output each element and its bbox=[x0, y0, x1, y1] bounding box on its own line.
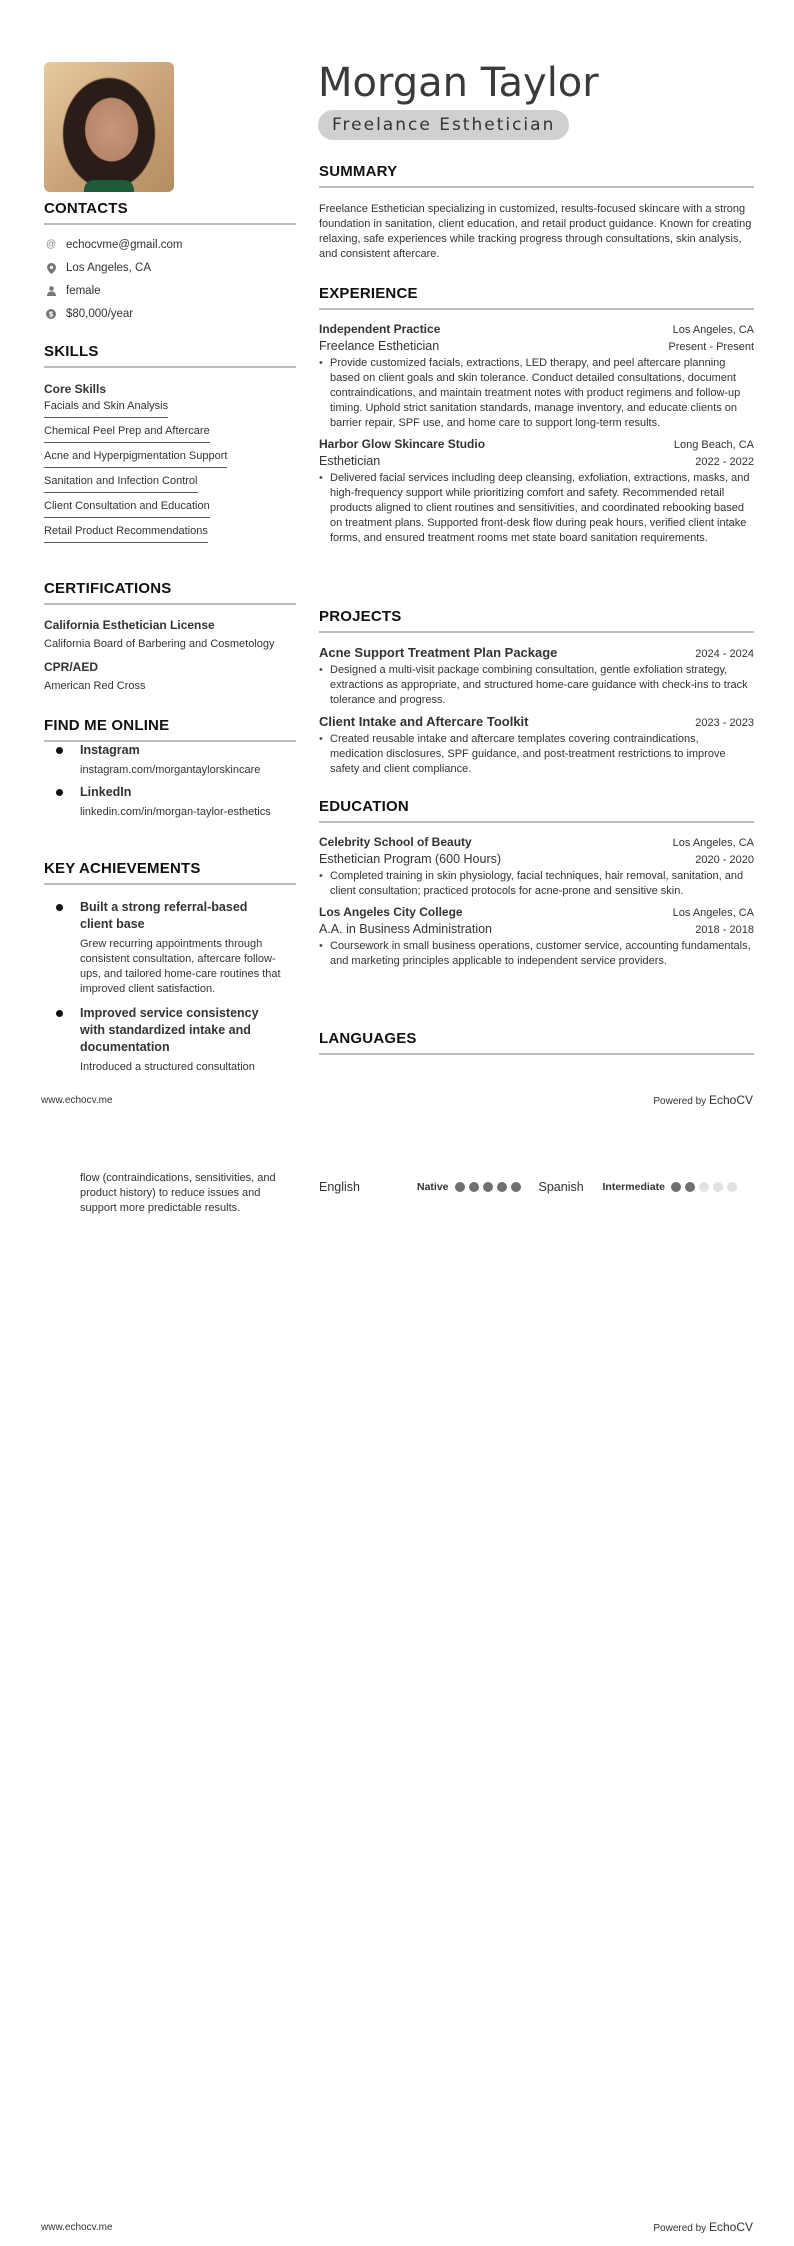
language-rating bbox=[671, 1182, 741, 1192]
achievement-description-continued: flow (contraindications, sensitivities, … bbox=[80, 1171, 300, 1216]
language-name: Spanish bbox=[539, 1180, 603, 1194]
language-level: Intermediate bbox=[603, 1181, 665, 1193]
language-rating bbox=[455, 1182, 525, 1192]
section-title: KEY ACHIEVEMENTS bbox=[44, 860, 296, 877]
section-title: CONTACTS bbox=[44, 200, 296, 217]
job-description: Delivered facial services including deep… bbox=[319, 471, 754, 546]
section-divider bbox=[319, 308, 754, 310]
at-icon: @ bbox=[46, 240, 56, 250]
profile-photo bbox=[44, 62, 174, 192]
projects-section: PROJECTS Acne Support Treatment Plan Pac… bbox=[319, 608, 754, 777]
achievement-item: Improved service consistency with standa… bbox=[44, 1005, 296, 1075]
project-title: Client Intake and Aftercare Toolkit bbox=[319, 714, 529, 729]
rating-dot-empty-icon bbox=[713, 1182, 723, 1192]
certification-name: California Esthetician License bbox=[44, 618, 296, 632]
certifications-section: CERTIFICATIONS California Esthetician Li… bbox=[44, 580, 296, 692]
profile-link-linkedin[interactable]: LinkedIn linkedin.com/in/morgan-taylor-e… bbox=[44, 784, 296, 820]
skill-item: Retail Product Recommendations bbox=[44, 522, 208, 543]
employer-location: Long Beach, CA bbox=[674, 439, 754, 451]
profile-link-instagram[interactable]: Instagram instagram.com/morgantaylorskin… bbox=[44, 742, 296, 778]
certification-name: CPR/AED bbox=[44, 660, 296, 674]
contact-salary: $ $80,000/year bbox=[44, 302, 296, 325]
section-divider bbox=[319, 631, 754, 633]
project-dates: 2024 - 2024 bbox=[695, 648, 754, 660]
education-description: Coursework in small business operations,… bbox=[319, 939, 754, 969]
bullet-icon bbox=[56, 904, 63, 911]
skill-item: Acne and Hyperpigmentation Support bbox=[44, 447, 227, 468]
section-divider bbox=[44, 883, 296, 885]
degree: Esthetician Program (600 Hours) bbox=[319, 852, 501, 866]
footer-powered-by[interactable]: Powered by EchoCV bbox=[653, 1093, 753, 1107]
rating-dot-filled-icon bbox=[511, 1182, 521, 1192]
education-section: EDUCATION Celebrity School of Beauty Los… bbox=[319, 798, 754, 969]
brand-name: EchoCV bbox=[709, 1093, 753, 1107]
project-dates: 2023 - 2023 bbox=[695, 717, 754, 729]
skill-item: Facials and Skin Analysis bbox=[44, 397, 168, 418]
education-dates: 2018 - 2018 bbox=[695, 924, 754, 936]
experience-section: EXPERIENCE Independent Practice Los Ange… bbox=[319, 285, 754, 546]
section-divider bbox=[319, 186, 754, 188]
skills-section: SKILLS Core Skills Facials and Skin Anal… bbox=[44, 343, 296, 546]
employer-name: Harbor Glow Skincare Studio bbox=[319, 437, 485, 451]
school-location: Los Angeles, CA bbox=[673, 837, 754, 849]
section-divider bbox=[319, 1053, 754, 1055]
degree: A.A. in Business Administration bbox=[319, 922, 492, 936]
rating-dot-empty-icon bbox=[699, 1182, 709, 1192]
section-title: CERTIFICATIONS bbox=[44, 580, 296, 597]
job-role: Esthetician bbox=[319, 454, 380, 468]
summary-section: SUMMARY Freelance Esthetician specializi… bbox=[319, 163, 754, 262]
contact-email[interactable]: @ echocvme@gmail.com bbox=[44, 233, 296, 256]
location-pin-icon bbox=[46, 263, 56, 273]
brand-name: EchoCV bbox=[709, 2220, 753, 2234]
rating-dot-filled-icon bbox=[455, 1182, 465, 1192]
skill-item: Sanitation and Infection Control bbox=[44, 472, 198, 493]
education-dates: 2020 - 2020 bbox=[695, 854, 754, 866]
rating-dot-filled-icon bbox=[671, 1182, 681, 1192]
rating-dot-filled-icon bbox=[483, 1182, 493, 1192]
skill-item: Client Consultation and Education bbox=[44, 497, 210, 518]
bullet-icon bbox=[56, 789, 63, 796]
section-title: SKILLS bbox=[44, 343, 296, 360]
rating-dot-filled-icon bbox=[685, 1182, 695, 1192]
person-icon bbox=[46, 286, 56, 296]
footer-powered-by[interactable]: Powered by EchoCV bbox=[653, 2220, 753, 2234]
education-description: Completed training in skin physiology, f… bbox=[319, 869, 754, 899]
section-title: EXPERIENCE bbox=[319, 285, 754, 302]
section-title: EDUCATION bbox=[319, 798, 754, 815]
section-divider bbox=[44, 223, 296, 225]
bullet-icon bbox=[56, 1010, 63, 1017]
footer-website-link[interactable]: www.echocv.me bbox=[41, 2222, 113, 2233]
bullet-icon bbox=[56, 747, 63, 754]
section-title: LANGUAGES bbox=[319, 1030, 754, 1047]
languages-list: English Native Spanish Intermediate bbox=[319, 1180, 759, 1194]
school-name: Los Angeles City College bbox=[319, 905, 463, 919]
contact-location: Los Angeles, CA bbox=[44, 256, 296, 279]
job-role: Freelance Esthetician bbox=[319, 339, 439, 353]
contacts-section: CONTACTS @ echocvme@gmail.com Los Angele… bbox=[44, 200, 296, 325]
education-entry: Celebrity School of Beauty Los Angeles, … bbox=[319, 835, 754, 899]
employer-location: Los Angeles, CA bbox=[673, 324, 754, 336]
svg-text:$: $ bbox=[49, 310, 54, 318]
language-level: Native bbox=[417, 1181, 449, 1193]
job-title-badge: Freelance Esthetician bbox=[318, 110, 569, 140]
skill-item: Chemical Peel Prep and Aftercare bbox=[44, 422, 210, 443]
contact-gender: female bbox=[44, 279, 296, 302]
rating-dot-filled-icon bbox=[497, 1182, 507, 1192]
section-divider bbox=[44, 603, 296, 605]
experience-entry: Independent Practice Los Angeles, CA Fre… bbox=[319, 322, 754, 431]
rating-dot-filled-icon bbox=[469, 1182, 479, 1192]
dollar-coin-icon: $ bbox=[46, 309, 56, 319]
job-dates: 2022 - 2022 bbox=[695, 456, 754, 468]
section-divider bbox=[319, 821, 754, 823]
online-profiles-section: FIND ME ONLINE Instagram instagram.com/m… bbox=[44, 717, 296, 820]
footer-website-link[interactable]: www.echocv.me bbox=[41, 1095, 113, 1106]
skill-group-title: Core Skills bbox=[44, 382, 296, 396]
section-title: FIND ME ONLINE bbox=[44, 717, 296, 734]
project-entry: Client Intake and Aftercare Toolkit 2023… bbox=[319, 714, 754, 777]
rating-dot-empty-icon bbox=[727, 1182, 737, 1192]
project-description: Designed a multi-visit package combining… bbox=[319, 663, 754, 708]
job-description: Provide customized facials, extractions,… bbox=[319, 356, 754, 431]
experience-entry: Harbor Glow Skincare Studio Long Beach, … bbox=[319, 437, 754, 546]
section-title: PROJECTS bbox=[319, 608, 754, 625]
education-entry: Los Angeles City College Los Angeles, CA… bbox=[319, 905, 754, 969]
languages-section: LANGUAGES bbox=[319, 1030, 754, 1055]
summary-text: Freelance Esthetician specializing in cu… bbox=[319, 202, 754, 262]
language-name: English bbox=[319, 1180, 417, 1194]
section-divider bbox=[44, 366, 296, 368]
section-title: SUMMARY bbox=[319, 163, 754, 180]
school-location: Los Angeles, CA bbox=[673, 907, 754, 919]
school-name: Celebrity School of Beauty bbox=[319, 835, 472, 849]
candidate-name: Morgan Taylor bbox=[318, 60, 599, 106]
job-dates: Present - Present bbox=[668, 341, 754, 353]
project-title: Acne Support Treatment Plan Package bbox=[319, 645, 557, 660]
achievements-section: KEY ACHIEVEMENTS Built a strong referral… bbox=[44, 860, 296, 1075]
certification-issuer: California Board of Barbering and Cosmet… bbox=[44, 638, 296, 650]
certification-issuer: American Red Cross bbox=[44, 680, 296, 692]
achievement-item: Built a strong referral-based client bas… bbox=[44, 899, 296, 997]
project-description: Created reusable intake and aftercare te… bbox=[319, 732, 754, 777]
profile-url[interactable]: instagram.com/morgantaylorskincare bbox=[80, 763, 296, 778]
project-entry: Acne Support Treatment Plan Package 2024… bbox=[319, 645, 754, 708]
profile-url[interactable]: linkedin.com/in/morgan-taylor-esthetics bbox=[80, 805, 296, 820]
employer-name: Independent Practice bbox=[319, 322, 440, 336]
